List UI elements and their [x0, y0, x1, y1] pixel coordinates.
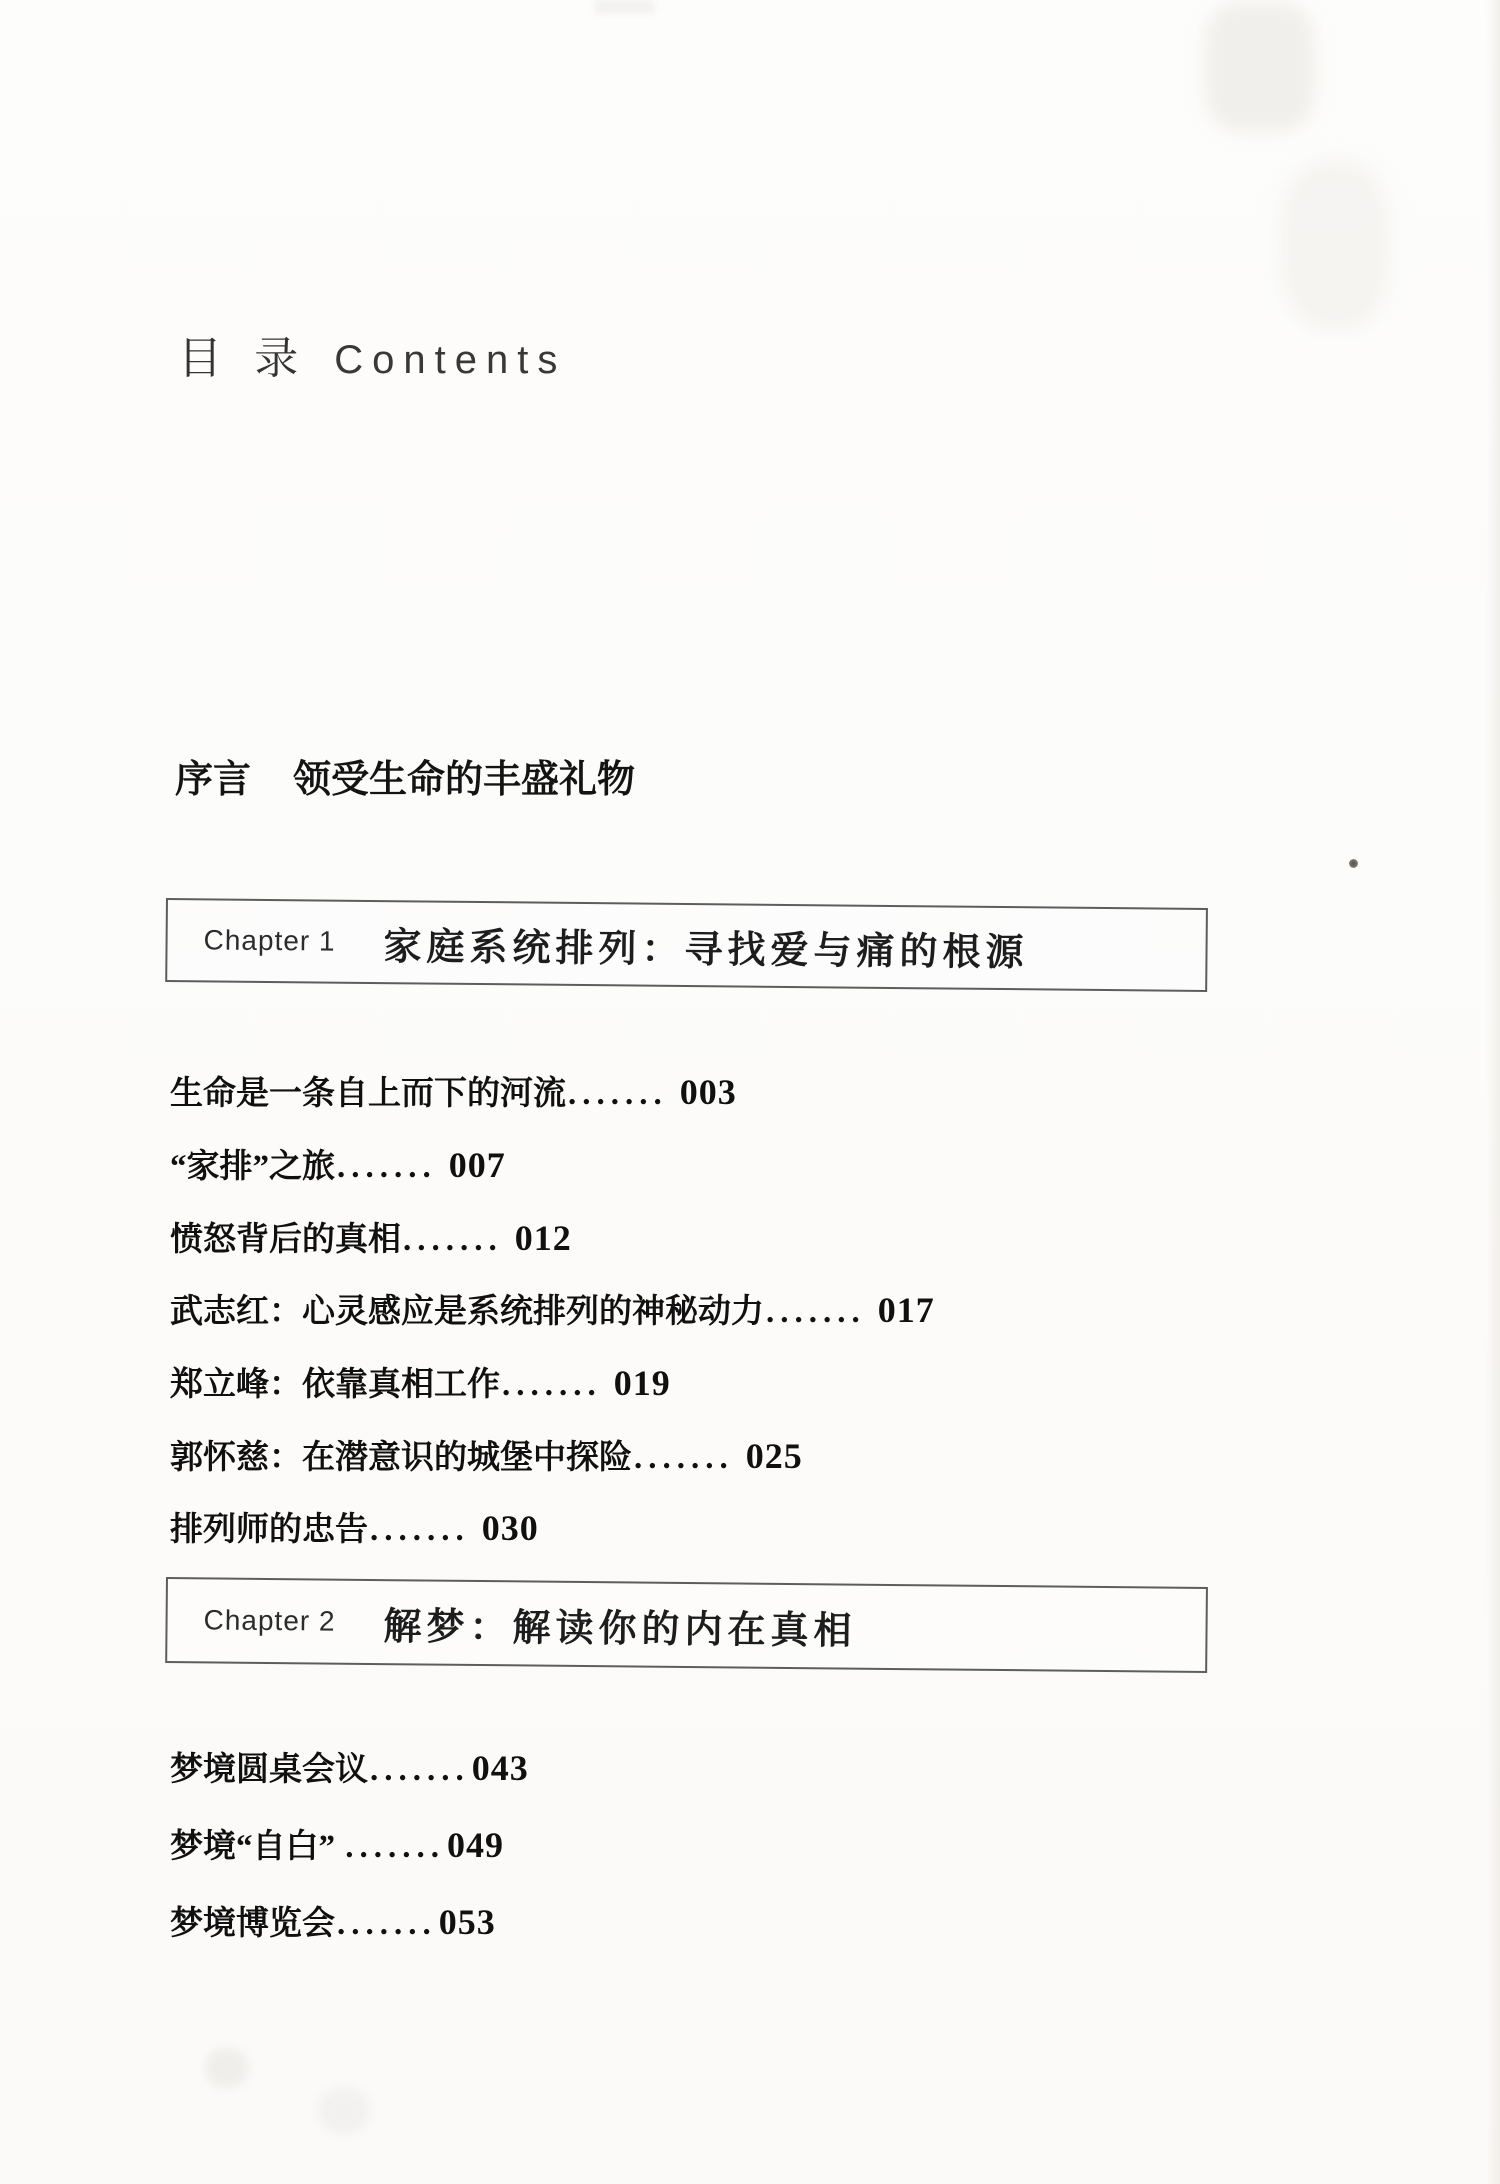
toc-entry-title: 郭怀慈：在潜意识的城堡中探险 — [170, 1440, 632, 1476]
dot-leader: ....... — [634, 1440, 734, 1476]
toc-entry: 梦境博览会.......053 — [170, 1902, 496, 1944]
page-number: 003 — [680, 1072, 737, 1112]
toc-page: 目 录Contents 序言领受生命的丰盛礼物 Chapter 1 家庭系统排列… — [0, 0, 1500, 2184]
dot-leader: ....... — [370, 1512, 470, 1548]
scan-smudge — [1280, 160, 1390, 330]
dot-leader: ....... — [337, 1906, 437, 1942]
scan-smudge — [205, 2048, 249, 2088]
dot-leader: ....... — [337, 1149, 437, 1185]
toc-entry: 排列师的忠告.......030 — [170, 1508, 539, 1550]
chapter-2-label: Chapter 2 — [203, 1604, 335, 1637]
chapter-2-heading-box: Chapter 2 解梦：解读你的内在真相 — [165, 1577, 1208, 1673]
dot-leader: ....... — [345, 1829, 445, 1865]
scan-smudge — [595, 0, 655, 14]
page-number: 012 — [515, 1218, 572, 1258]
scan-speck — [1349, 859, 1358, 868]
dot-leader: ....... — [403, 1222, 503, 1258]
chapter-1-heading-box: Chapter 1 家庭系统排列：寻找爱与痛的根源 — [165, 898, 1208, 992]
toc-entry: “家排”之旅.......007 — [170, 1145, 506, 1187]
toc-entry-title: 梦境“自白” — [170, 1829, 343, 1865]
toc-entry: 愤怒背后的真相.......012 — [170, 1218, 572, 1260]
scan-smudge — [1205, 2, 1315, 132]
toc-entry-title: “家排”之旅 — [170, 1149, 335, 1185]
page-number: 025 — [746, 1436, 803, 1476]
page-number: 053 — [439, 1902, 496, 1942]
scan-smudge — [318, 2088, 370, 2134]
toc-entry-title: 愤怒背后的真相 — [170, 1222, 401, 1258]
dot-leader: ....... — [568, 1076, 668, 1112]
toc-entry: 武志红：心灵感应是系统排列的神秘动力.......017 — [170, 1290, 935, 1332]
preface-label: 序言 — [175, 759, 251, 801]
preface-title: 领受生命的丰盛礼物 — [293, 759, 635, 801]
toc-entry-title: 生命是一条自上而下的河流 — [170, 1076, 566, 1112]
chapter-2-title: 解梦：解读你的内在真相 — [383, 1595, 857, 1655]
page-number: 019 — [614, 1363, 671, 1403]
dot-leader: ....... — [502, 1367, 602, 1403]
toc-entry-title: 梦境圆桌会议 — [170, 1752, 368, 1788]
preface-row: 序言领受生命的丰盛礼物 — [175, 760, 635, 802]
page-title-chinese: 目 录 — [178, 334, 308, 383]
page-number: 007 — [449, 1145, 506, 1185]
toc-entry: 生命是一条自上而下的河流.......003 — [170, 1072, 737, 1114]
chapter-1-label: Chapter 1 — [203, 924, 335, 957]
chapter-1-title: 家庭系统排列：寻找爱与痛的根源 — [383, 915, 1029, 976]
page-number: 017 — [878, 1290, 935, 1330]
page-number: 049 — [447, 1825, 504, 1865]
toc-entry-title: 排列师的忠告 — [170, 1512, 368, 1548]
page-title-english: Contents — [334, 338, 566, 382]
page-title: 目 录Contents — [178, 322, 566, 386]
toc-entry-title: 梦境博览会 — [170, 1906, 335, 1942]
page-number: 030 — [482, 1508, 539, 1548]
toc-entry-title: 武志红：心灵感应是系统排列的神秘动力 — [170, 1294, 764, 1330]
toc-entry-title: 郑立峰：依靠真相工作 — [170, 1367, 500, 1403]
toc-entry: 梦境“自白” .......049 — [170, 1825, 504, 1867]
dot-leader: ....... — [370, 1752, 470, 1788]
toc-entry: 郭怀慈：在潜意识的城堡中探险.......025 — [170, 1436, 803, 1478]
toc-entry: 郑立峰：依靠真相工作.......019 — [170, 1363, 671, 1405]
toc-entry: 梦境圆桌会议.......043 — [170, 1748, 529, 1790]
dot-leader: ....... — [766, 1294, 866, 1330]
page-number: 043 — [472, 1748, 529, 1788]
scan-edge-shadow — [1486, 0, 1500, 2184]
